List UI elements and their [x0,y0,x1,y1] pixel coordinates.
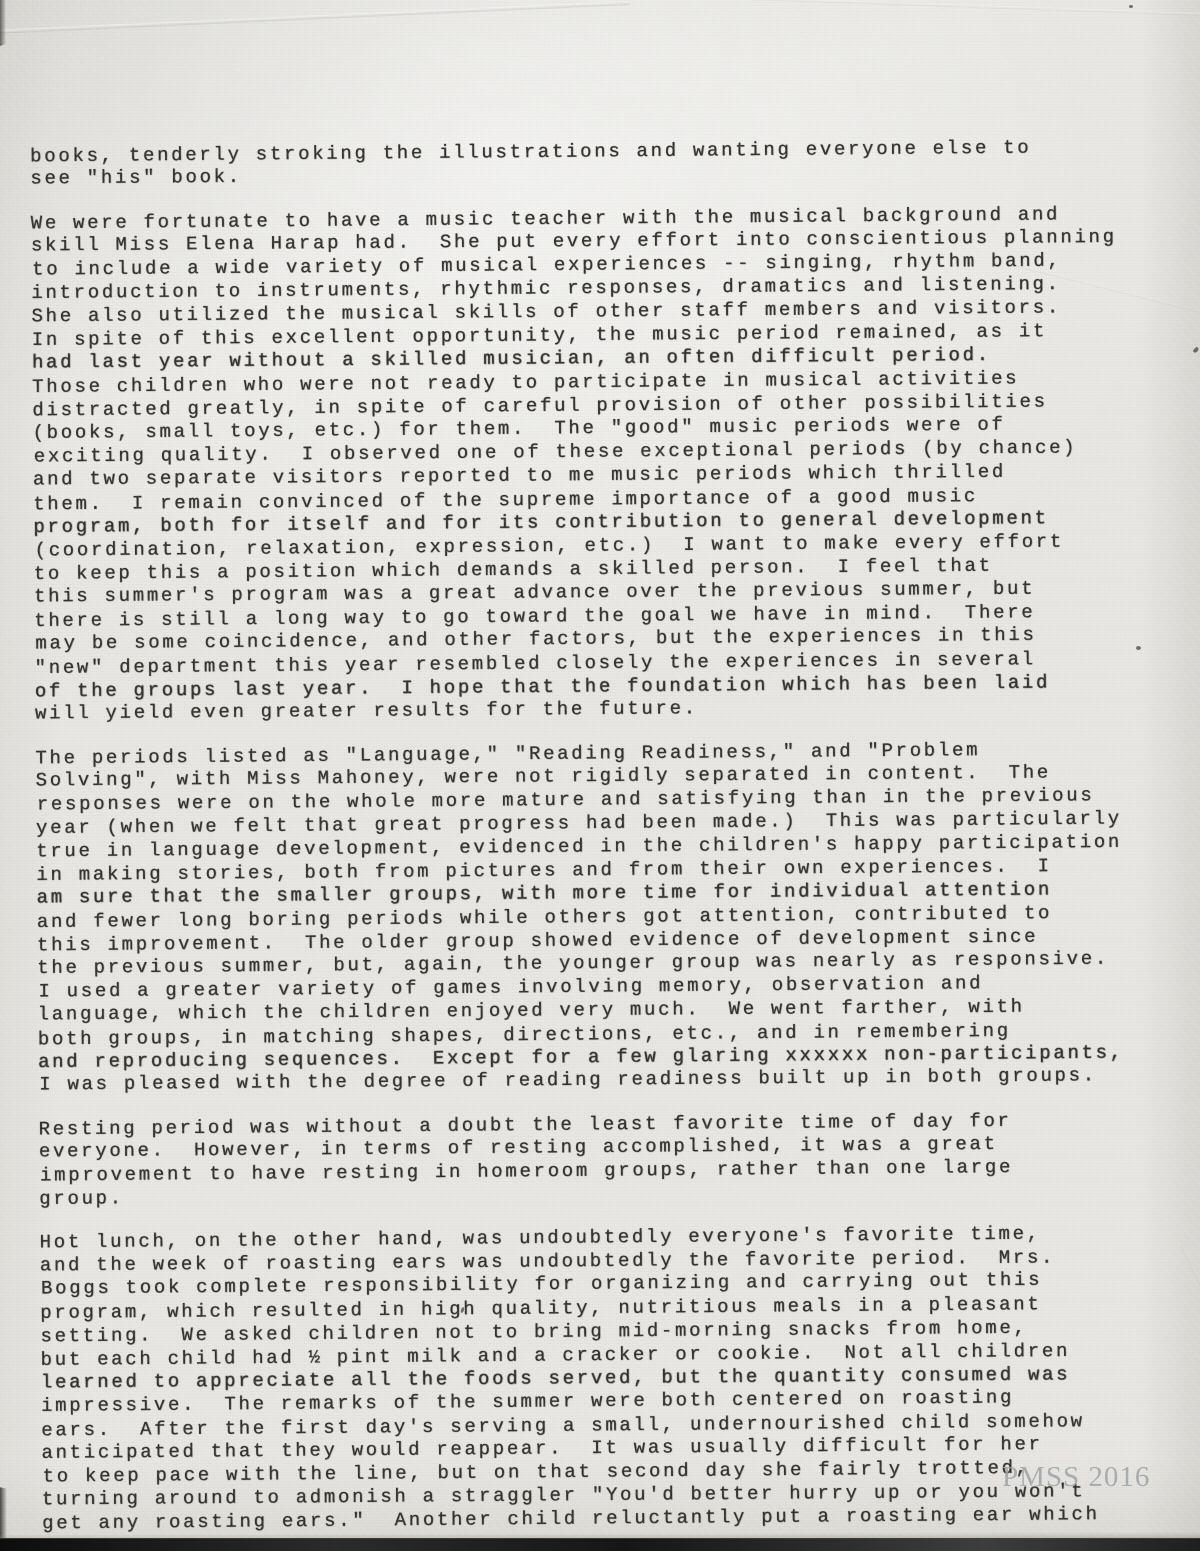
paragraph: The periods listed as "Language," "Readi… [35,737,1188,1098]
paragraph: We were fortunate to have a music teache… [31,202,1185,727]
ink-speck [1136,646,1141,650]
paragraph: Resting period was without a doubt the l… [39,1108,1190,1212]
typewritten-text-block: books, tenderly stroking the illustratio… [30,135,1192,1551]
scanned-document-page: { "page": { "background": "#e8e7e3", "in… [0,0,1200,1551]
scan-edge-bottom [0,1538,1200,1551]
ink-speck [1129,5,1133,8]
paragraph: books, tenderly stroking the illustratio… [30,135,1180,192]
paragraph: Hot lunch, on the other hand, was undoub… [40,1221,1193,1535]
scan-edge-top-left [0,0,6,46]
